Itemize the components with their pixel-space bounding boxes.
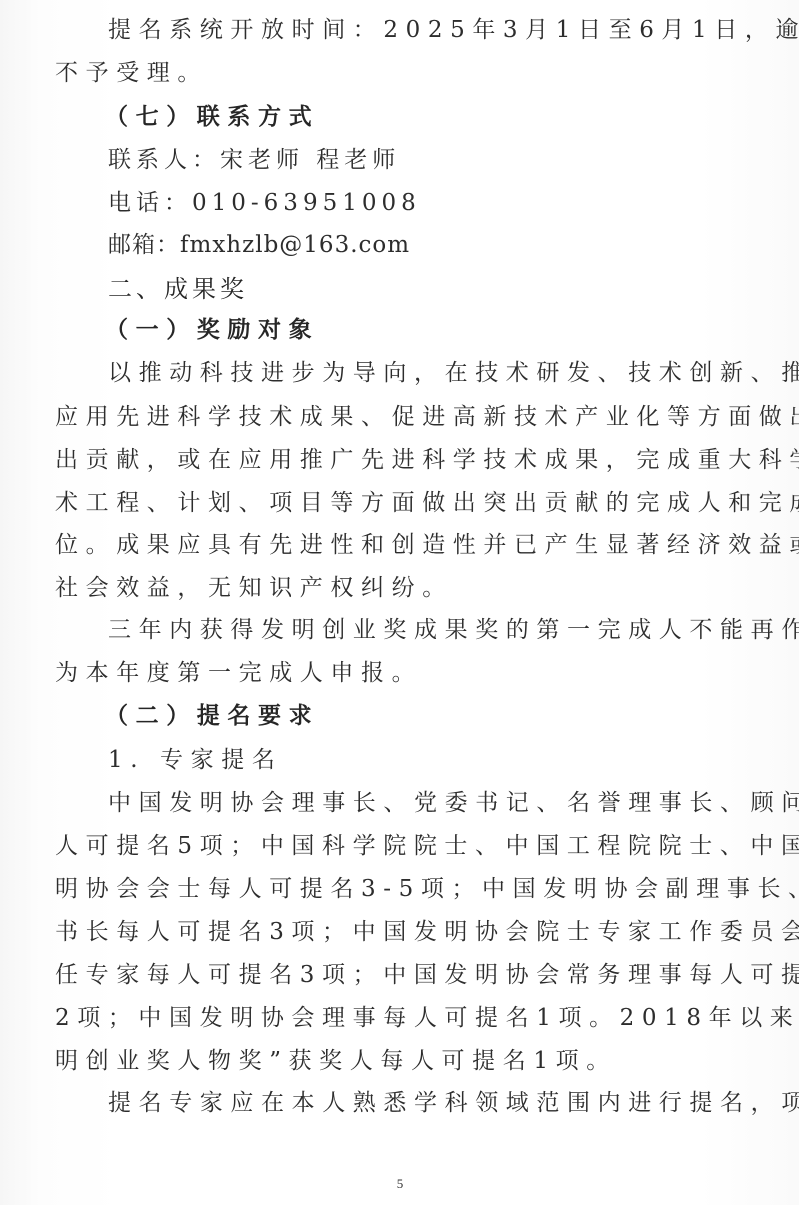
- paragraph-expert-quota-line-5: 任专家每人可提名3项；中国发明协会常务理事每人可提名: [55, 954, 745, 997]
- paragraph-award-target-line-1: 以推动科技进步为导向，在技术研发、技术创新、推广: [108, 352, 748, 395]
- item-heading-expert-nomination: 1. 专家提名: [108, 739, 748, 782]
- section-heading-contact: （七）联系方式: [105, 96, 745, 139]
- section-heading-achievement-award: 二、成果奖: [108, 268, 748, 311]
- subsection-heading-award-target: （一）奖励对象: [105, 309, 745, 352]
- paragraph-expert-scope-line-1: 提名专家应在本人熟悉学科领域范围内进行提名，项目: [108, 1082, 748, 1125]
- paragraph-award-target-line-2: 应用先进科学技术成果、促进高新技术产业化等方面做出突: [55, 396, 745, 439]
- paragraph-expert-quota-line-7: 明创业奖人物奖”获奖人每人可提名1项。: [55, 1040, 745, 1083]
- paragraph-award-target-line-3: 出贡献，或在应用推广先进科学技术成果，完成重大科学技: [55, 439, 745, 482]
- paragraph-award-target-line-4: 术工程、计划、项目等方面做出突出贡献的完成人和完成单: [55, 482, 745, 525]
- text-line-not-accepted: 不予受理。: [55, 52, 745, 95]
- paragraph-award-target-line-5: 位。成果应具有先进性和创造性并已产生显著经济效益或者: [55, 524, 745, 567]
- document-page: 提名系统开放时间：2025年3月1日至6月1日，逾期 不予受理。 （七）联系方式…: [0, 0, 799, 1205]
- paragraph-award-target-line-6: 社会效益，无知识产权纠纷。: [55, 567, 745, 610]
- paragraph-three-year-rule-line-2: 为本年度第一完成人申报。: [55, 652, 745, 695]
- subsection-heading-nomination-requirements: （二）提名要求: [105, 695, 745, 738]
- paragraph-expert-quota-line-1: 中国发明协会理事长、党委书记、名誉理事长、顾问每: [108, 782, 748, 825]
- paragraph-expert-quota-line-6: 2项；中国发明协会理事每人可提名1项。2018年以来“发: [55, 997, 745, 1040]
- contact-phone: 电话：010-63951008: [108, 182, 748, 225]
- page-number: 5: [390, 1176, 410, 1192]
- paragraph-expert-quota-line-3: 明协会会士每人可提名3-5项；中国发明协会副理事长、秘: [55, 868, 745, 911]
- paragraph-expert-quota-line-2: 人可提名5项；中国科学院院士、中国工程院院士、中国发: [55, 825, 745, 868]
- contact-person: 联系人：宋老师 程老师: [108, 139, 748, 182]
- paragraph-three-year-rule-line-1: 三年内获得发明创业奖成果奖的第一完成人不能再作: [108, 609, 748, 652]
- text-line-nomination-system-open-time: 提名系统开放时间：2025年3月1日至6月1日，逾期: [108, 9, 748, 52]
- contact-email: 邮箱：fmxhzlb@163.com: [108, 224, 748, 267]
- paragraph-expert-quota-line-4: 书长每人可提名3项；中国发明协会院士专家工作委员会首: [55, 911, 745, 954]
